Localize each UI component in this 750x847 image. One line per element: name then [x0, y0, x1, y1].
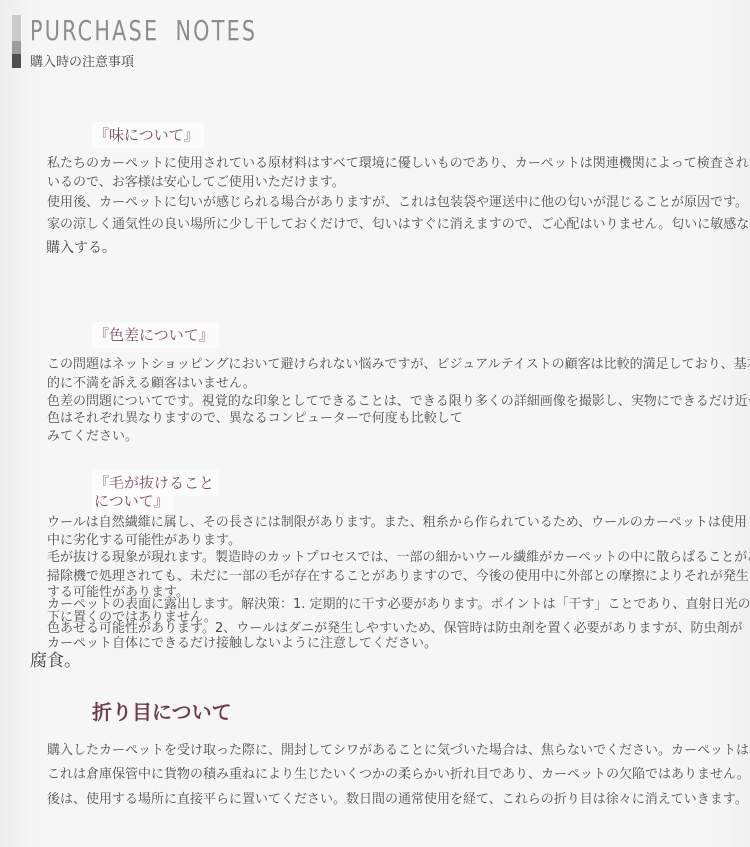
accent-bar-segment-light — [12, 15, 21, 41]
section-title-color-difference: 『色差について』 — [92, 322, 219, 348]
taste-line-1: 私たちのカーペットに使用されている原材料はすべて環境に優しいものであり、カーペッ… — [47, 155, 750, 172]
crease-line-2: これは倉庫保管中に貨物の積み重ねにより生じたいくつかの柔らかい折れ目であり、カー… — [47, 766, 750, 783]
purchase-notes-page: PURCHASE NOTES 購入時の注意事項 『味について』 私たちのカーペッ… — [0, 0, 750, 847]
shedding-line-3: 毛が抜ける現象が現れます。製造時のカットプロセスでは、一部の細かいウール繊維がカ… — [47, 549, 750, 566]
section-title-shedding-line2: について』 — [92, 488, 174, 514]
shedding-line-9: カーペット自体にできるだけ接触しないように注意してください。 — [47, 635, 437, 652]
section-title-creases: 折り目について — [92, 696, 232, 725]
shedding-footnote: 腐食。 — [30, 646, 81, 671]
taste-line-4: 家の涼しく通気性の良い場所に少し干しておくだけで、匂いはすぐに消えますので、ご心… — [47, 216, 750, 233]
taste-line-2: いるので、お客様は安心してご使用いただけます。 — [47, 174, 345, 191]
accent-bar-segment-medium — [12, 41, 21, 54]
header-accent-bar — [12, 15, 21, 68]
taste-line-3: 使用後、カーペットに匂いが感じられる場合がありますが、これは包装袋や運送中に他の… — [47, 194, 748, 211]
page-subtitle: 購入時の注意事項 — [30, 51, 134, 70]
color-line-2: 的に不満を訴える顧客はいません。 — [47, 375, 256, 392]
color-line-4: 色はそれぞれ異なりますので、異なるコンピューターで何度も比較して — [47, 410, 463, 427]
crease-line-1: 購入したカーペットを受け取った際に、開封してシワがあることに気づいた場合は、焦ら… — [47, 742, 750, 759]
page-title: PURCHASE NOTES — [30, 14, 257, 47]
shedding-line-4: 掃除機で処理されても、未だに一部の毛が存在することがありますので、今後の使用中に… — [47, 568, 749, 585]
color-line-3: 色差の問題についてです。視覚的な印象としてできることは、できる限り多くの詳細画像… — [47, 393, 750, 410]
crease-line-3: 後は、使用する場所に直接平らに置いてください。数日間の通常使用を経て、これらの折… — [47, 791, 748, 808]
shedding-line-1: ウールは自然繊維に属し、その長さには制限があります。また、粗糸から作られているた… — [47, 514, 747, 531]
color-line-1: この問題はネットショッピングにおいて避けられない悩みですが、ビジュアルテイストの… — [47, 356, 750, 373]
color-line-5: みてください。 — [47, 428, 138, 445]
shedding-line-2: 中に劣化する可能性があります。 — [47, 532, 241, 549]
accent-bar-segment-dark — [12, 54, 21, 68]
taste-line-5: 購入する。 — [46, 240, 116, 257]
section-title-taste: 『味について』 — [92, 122, 204, 148]
